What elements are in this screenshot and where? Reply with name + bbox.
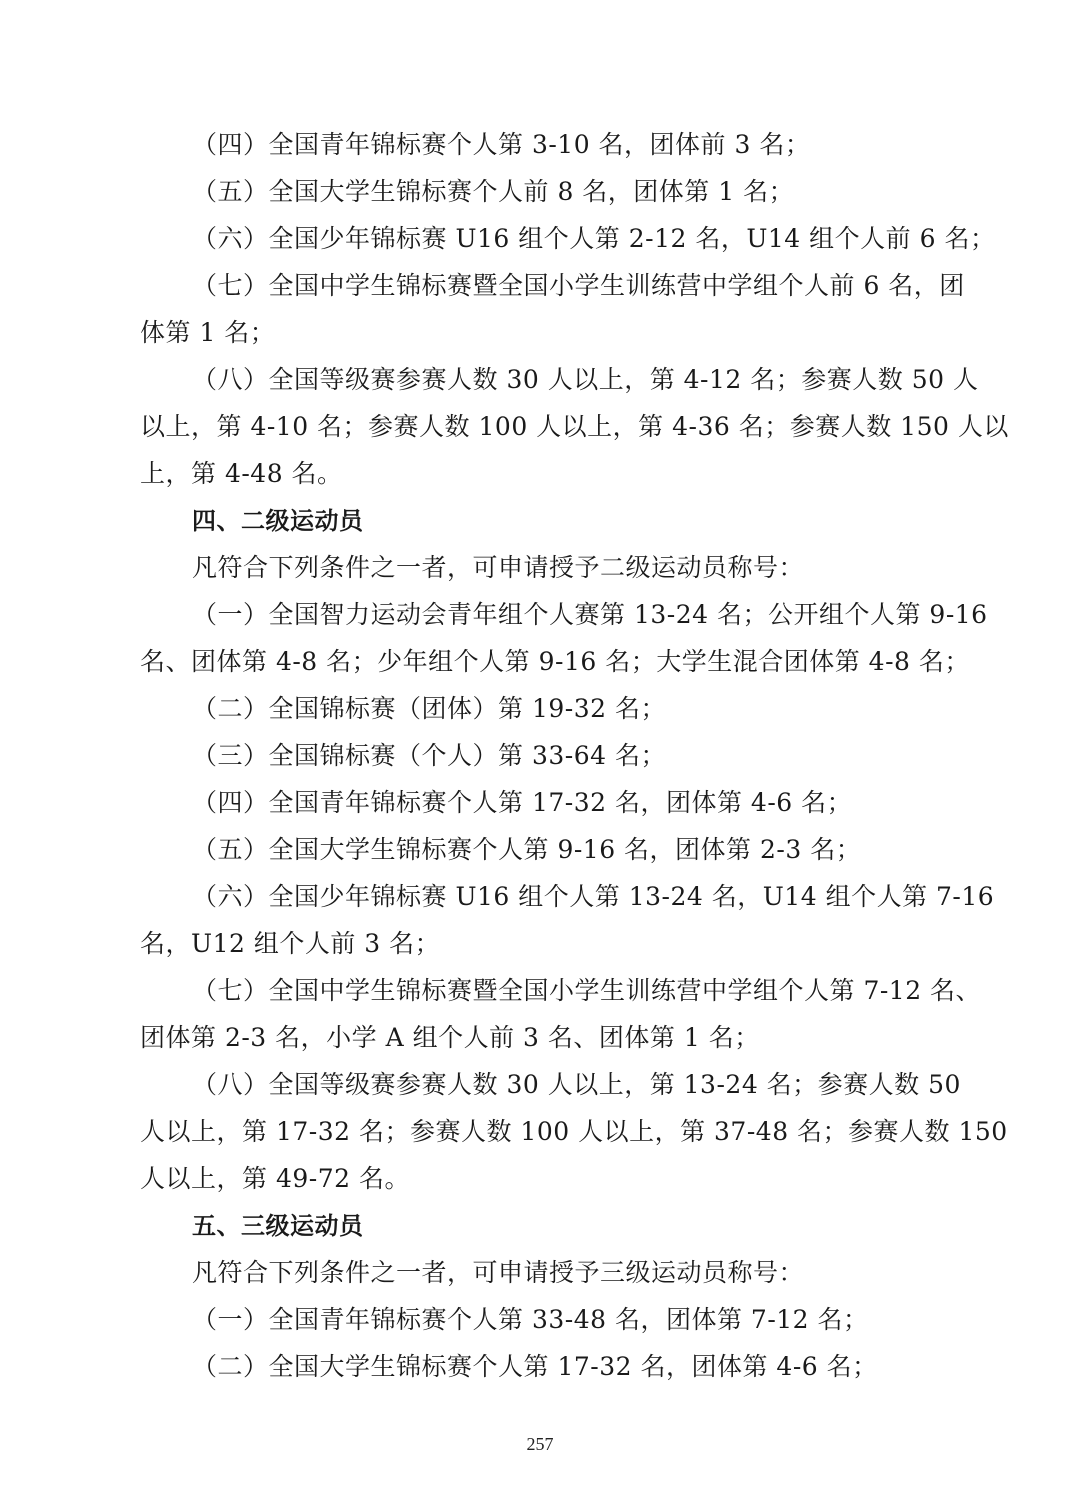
item-mind-sports-games-level2-cont: 名、团体第 4-8 名；少年组个人第 9-16 名；大学生混合团体第 4-8 名… [140, 647, 945, 677]
item-middle-school-championship-level2-cont: 团体第 2-3 名，小学 A 组个人前 3 名、团体第 1 名； [140, 1023, 760, 1053]
item-junior-championship-level1: （六）全国少年锦标赛 U16 组个人第 2-12 名，U14 组个人前 6 名； [192, 224, 995, 254]
section-intro-level3: 凡符合下列条件之一者，可申请授予三级运动员称号： [192, 1258, 804, 1288]
item-grade-tournament-level2-end: 人以上，第 49-72 名。 [140, 1164, 410, 1194]
item-youth-championship-level2: （四）全国青年锦标赛个人第 17-32 名，团体第 4-6 名； [192, 788, 852, 818]
item-grade-tournament-level2: （八）全国等级赛参赛人数 30 人以上，第 13-24 名；参赛人数 50 [192, 1070, 945, 1100]
section-heading-level3-athlete: 五、三级运动员 [192, 1211, 364, 1241]
item-university-championship-level3: （二）全国大学生锦标赛个人第 17-32 名，团体第 4-6 名； [192, 1352, 878, 1382]
item-youth-championship-level1: （四）全国青年锦标赛个人第 3-10 名，团体前 3 名； [192, 130, 810, 160]
item-junior-championship-level2-cont: 名，U12 组个人前 3 名； [140, 929, 440, 959]
section-heading-level2-athlete: 四、二级运动员 [192, 506, 364, 536]
item-middle-school-championship-level1-cont: 体第 1 名； [140, 318, 275, 348]
item-mind-sports-games-level2: （一）全国智力运动会青年组个人赛第 13-24 名；公开组个人第 9-16 [192, 600, 945, 630]
item-grade-tournament-level2-cont: 人以上，第 17-32 名；参赛人数 100 人以上，第 37-48 名；参赛人… [140, 1117, 945, 1147]
item-junior-championship-level2: （六）全国少年锦标赛 U16 组个人第 13-24 名，U14 组个人第 7-1… [192, 882, 945, 912]
item-grade-tournament-level1-cont: 以上，第 4-10 名；参赛人数 100 人以上，第 4-36 名；参赛人数 1… [140, 412, 945, 442]
item-university-championship-level1: （五）全国大学生锦标赛个人前 8 名，团体第 1 名； [192, 177, 794, 207]
item-national-team-championship-level2: （二）全国锦标赛（团体）第 19-32 名； [192, 694, 666, 724]
item-grade-tournament-level1-end: 上，第 4-48 名。 [140, 459, 343, 489]
item-middle-school-championship-level1: （七）全国中学生锦标赛暨全国小学生训练营中学组个人前 6 名，团 [192, 271, 945, 301]
item-youth-championship-level3: （一）全国青年锦标赛个人第 33-48 名，团体第 7-12 名； [192, 1305, 869, 1335]
item-university-championship-level2: （五）全国大学生锦标赛个人第 9-16 名，团体第 2-3 名； [192, 835, 861, 865]
item-middle-school-championship-level2: （七）全国中学生锦标赛暨全国小学生训练营中学组个人第 7-12 名、 [192, 976, 945, 1006]
section-intro-level2: 凡符合下列条件之一者，可申请授予二级运动员称号： [192, 553, 804, 583]
item-grade-tournament-level1: （八）全国等级赛参赛人数 30 人以上，第 4-12 名；参赛人数 50 人 [192, 365, 945, 395]
item-national-individual-championship-level2: （三）全国锦标赛（个人）第 33-64 名； [192, 741, 666, 771]
page-number: 257 [0, 1434, 1080, 1455]
